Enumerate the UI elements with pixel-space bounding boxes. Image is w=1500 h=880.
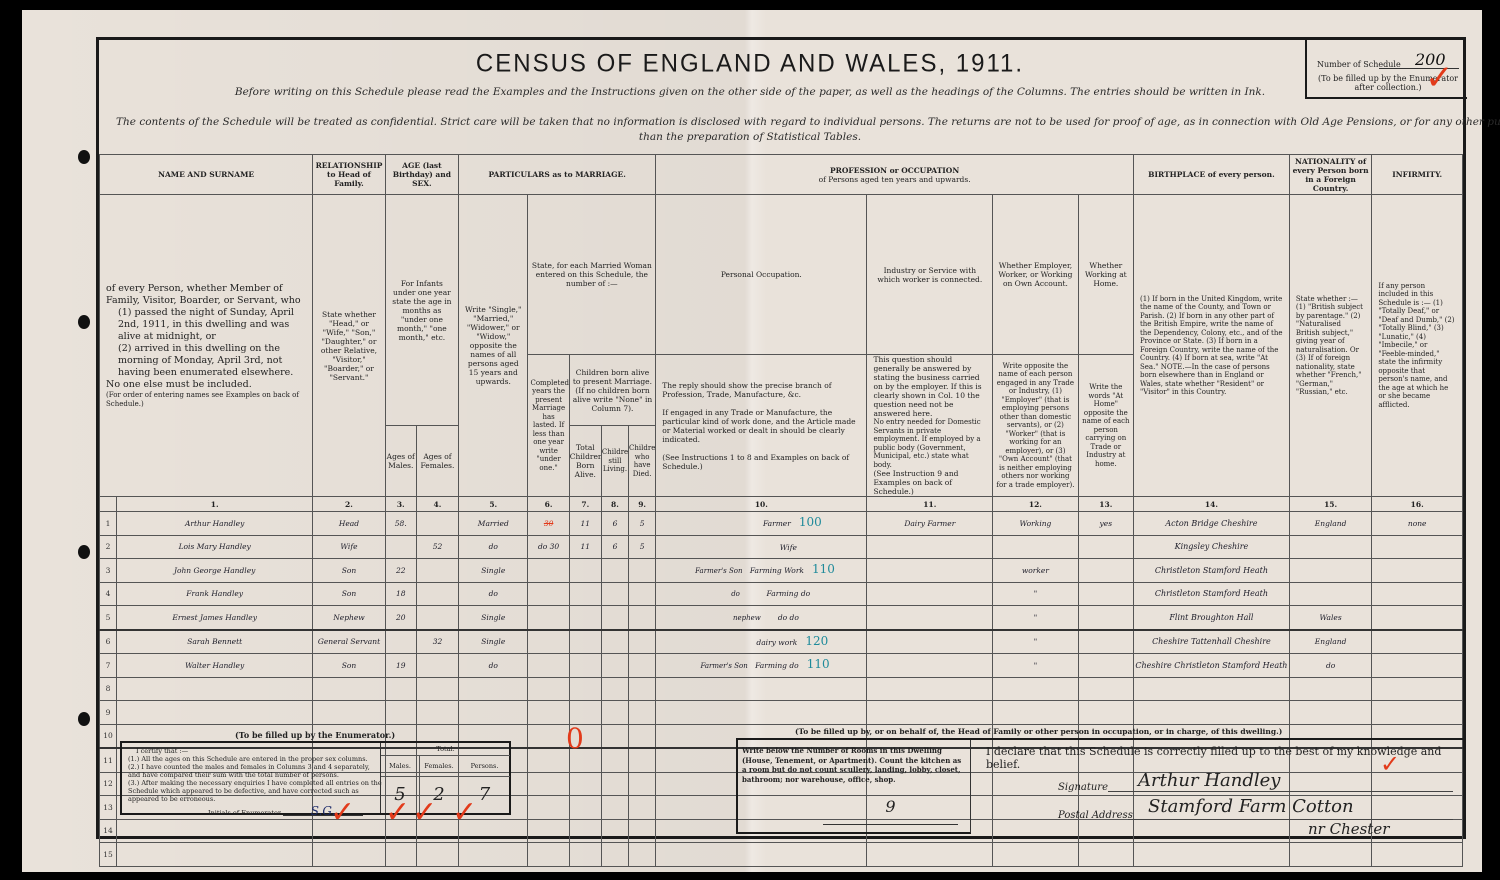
column-number-row: 1. 2. 3. 4. 5. 6. 7. 8. 9. 10. 11. 12. 1… (100, 497, 1463, 512)
industry-header: Industry or Service with which worker is… (867, 195, 993, 355)
years-married-instructions: Completed years the present Marriage has… (528, 355, 569, 497)
children-born-cell (569, 701, 601, 725)
working-at-home-cell (1078, 677, 1133, 701)
row-number-cell: 9 (100, 701, 117, 725)
occupation-text: Farming do (755, 661, 799, 670)
punch-hole (78, 712, 90, 726)
industry-cell (867, 630, 993, 654)
children-born-cell (569, 677, 601, 701)
marital-condition-cell (459, 701, 528, 725)
occupation-text: Farmer (763, 519, 791, 528)
row-number-cell: 1 (100, 512, 117, 536)
address-label: Postal Address (1058, 810, 1133, 821)
person-name-cell (117, 819, 313, 843)
header-description-row: of every Person, whether Member of Famil… (100, 195, 1463, 355)
punch-hole (78, 150, 90, 164)
punch-hole (78, 315, 90, 329)
children-living-cell (601, 582, 628, 606)
age-female-cell (416, 701, 458, 725)
infirmity-cell: none (1372, 512, 1463, 536)
years-married-cell (528, 582, 569, 606)
table-row: 1Arthur HandleyHead58.Married301165Farme… (100, 512, 1463, 536)
marital-condition-cell (459, 677, 528, 701)
age-male-cell (385, 535, 416, 559)
relationship-instructions: State whether "Head," or "Wife," "Son," … (313, 195, 385, 497)
instruction-line: Before writing on this Schedule please r… (0, 86, 1500, 98)
occupation-note: do (705, 590, 767, 599)
personal-occupation-cell: dairy work120 (656, 630, 867, 654)
years-married-cell (528, 772, 569, 796)
red-checkmark-icon: ✓ (1425, 58, 1454, 98)
rooms-count: 9 (823, 802, 958, 825)
working-at-home-cell (1078, 701, 1133, 725)
red-checkmark-icon: ✓ (412, 795, 437, 830)
address-line-1: Stamford Farm Cotton (1128, 796, 1453, 820)
person-name-cell: Ernest James Handley (117, 606, 313, 630)
relationship-cell: General Servant (313, 630, 385, 654)
birthplace-cell (1133, 843, 1289, 867)
confidential-line-2: than the preparation of Statistical Tabl… (0, 131, 1500, 143)
nationality-cell (1289, 535, 1371, 559)
address-line-2: nr Chester (1308, 820, 1389, 838)
relationship-cell: Son (313, 654, 385, 678)
children-living-cell (601, 748, 628, 772)
occupation-note: Farmer's Son (693, 662, 755, 671)
age-male-cell (385, 843, 416, 867)
nationality-cell: England (1289, 512, 1371, 536)
birthplace-cell: Cheshire Tattenhall Cheshire (1133, 630, 1289, 654)
age-female-cell (416, 654, 458, 678)
children-born-cell: 11 (569, 512, 601, 536)
industry-cell (867, 606, 993, 630)
nationality-cell (1289, 701, 1371, 725)
children-died-cell: 5 (629, 535, 656, 559)
age-instructions: For Infants under one year state the age… (385, 195, 458, 426)
head-section-title: (To be filled up by, or on behalf of, th… (795, 727, 1282, 736)
children-living-cell (601, 630, 628, 654)
children-living-cell (601, 677, 628, 701)
personal-occupation-cell: Wife (656, 535, 867, 559)
working-at-home-cell (1078, 582, 1133, 606)
employer-header: Whether Employer, Worker, or Working on … (993, 195, 1078, 355)
children-died-cell (629, 796, 656, 820)
col-header-relationship: RELATIONSHIP to Head of Family. (313, 155, 385, 195)
birthplace-cell: Christleton Stamford Heath (1133, 559, 1289, 583)
table-row: 4Frank HandleySon18dodoFarming do"Christ… (100, 582, 1463, 606)
occupation-code: 110 (812, 562, 835, 576)
age-female-cell: 32 (416, 630, 458, 654)
employer-status-cell: " (993, 606, 1078, 630)
marital-condition-cell: do (459, 582, 528, 606)
relationship-cell: Son (313, 559, 385, 583)
total-children-header: Total Children Born Alive. (569, 426, 601, 497)
years-married-cell (528, 701, 569, 725)
person-name-cell (117, 843, 313, 867)
employer-status-cell (993, 701, 1078, 725)
row-number-cell: 8 (100, 677, 117, 701)
personal-occupation-cell: Farmer's SonFarming Work110 (656, 559, 867, 583)
personal-occupation-instructions: The reply should show the precise branch… (656, 355, 867, 497)
personal-occupation-cell: Farmer's SonFarming do110 (656, 654, 867, 678)
relationship-cell: Head (313, 512, 385, 536)
employer-status-cell: " (993, 654, 1078, 678)
personal-occupation-header: Personal Occupation. (656, 195, 867, 355)
schedule-number-box: Number of Schedule 200 (To be filled up … (1305, 38, 1467, 99)
industry-cell (867, 677, 993, 701)
col-header-birthplace: BIRTHPLACE of every person. (1133, 155, 1289, 195)
years-married-cell (528, 559, 569, 583)
children-living-cell (601, 701, 628, 725)
industry-cell (867, 843, 993, 867)
col-header-marriage: PARTICULARS as to MARRIAGE. (459, 155, 656, 195)
marital-condition-cell (459, 843, 528, 867)
employer-status-cell: worker (993, 559, 1078, 583)
birthplace-instructions: (1) If born in the United Kingdom, write… (1133, 195, 1289, 497)
children-died-cell (629, 724, 656, 748)
children-died-cell (629, 606, 656, 630)
occupation-code: 110 (807, 657, 830, 671)
years-married-cell (528, 654, 569, 678)
infirmity-cell (1372, 630, 1463, 654)
red-checkmark-icon: ✓ (452, 795, 477, 830)
row-number-cell: 15 (100, 843, 117, 867)
row-number-cell: 3 (100, 559, 117, 583)
employer-status-cell (993, 535, 1078, 559)
person-name-cell (117, 677, 313, 701)
rooms-box: Write below the Number of Rooms in this … (736, 738, 971, 834)
marital-condition-cell: do (459, 535, 528, 559)
nationality-instructions: State whether :— (1) "British subject by… (1289, 195, 1371, 497)
occupation-text: dairy work (756, 638, 797, 647)
employer-status-cell: " (993, 630, 1078, 654)
infirmity-cell (1372, 559, 1463, 583)
row-number-cell: 2 (100, 535, 117, 559)
years-married-cell (528, 677, 569, 701)
occupation-note: Farmer's Son (688, 567, 750, 576)
infirmity-cell (1372, 701, 1463, 725)
birthplace-cell (1133, 677, 1289, 701)
signature-label: Signature (1058, 782, 1108, 793)
children-born-cell (569, 654, 601, 678)
nationality-cell: England (1289, 630, 1371, 654)
row-number-cell: 7 (100, 654, 117, 678)
children-died-cell (629, 772, 656, 796)
employer-status-cell: Working (993, 512, 1078, 536)
birthplace-cell: Flint Broughton Hall (1133, 606, 1289, 630)
working-at-home-cell (1078, 559, 1133, 583)
children-born-cell (569, 582, 601, 606)
children-died-cell (629, 748, 656, 772)
years-married-cell (528, 630, 569, 654)
children-died-cell (629, 677, 656, 701)
confidential-line: The contents of the Schedule will be tre… (116, 116, 1500, 128)
industry-cell (867, 582, 993, 606)
col-header-age: AGE (last Birthday) and SEX. (385, 155, 458, 195)
employer-status-cell (993, 843, 1078, 867)
infirmity-cell (1372, 535, 1463, 559)
children-born-cell (569, 559, 601, 583)
industry-cell (867, 559, 993, 583)
children-born-cell: 11 (569, 535, 601, 559)
children-born-cell (569, 606, 601, 630)
red-checkmark-icon: ✓ (1380, 750, 1400, 778)
table-row: 5Ernest James HandleyNephew20Singlenephe… (100, 606, 1463, 630)
years-married-cell (528, 819, 569, 843)
infirmity-cell (1372, 677, 1463, 701)
children-born-cell (569, 819, 601, 843)
children-living-cell (601, 796, 628, 820)
person-name-cell: Sarah Bennett (117, 630, 313, 654)
children-born-cell (569, 796, 601, 820)
children-living-cell (601, 772, 628, 796)
years-married-cell (528, 606, 569, 630)
age-male-cell (385, 701, 416, 725)
children-born-cell (569, 843, 601, 867)
industry-cell: Dairy Farmer (867, 512, 993, 536)
children-living-cell (601, 843, 628, 867)
personal-occupation-cell (656, 843, 867, 867)
age-male-cell (385, 630, 416, 654)
children-living-cell (601, 606, 628, 630)
age-female-cell (416, 606, 458, 630)
nationality-cell (1289, 677, 1371, 701)
birthplace-cell: Christleton Stamford Heath (1133, 582, 1289, 606)
infirmity-cell (1372, 606, 1463, 630)
age-male-cell: 19 (385, 654, 416, 678)
home-instructions: Write the words "At Home" opposite the n… (1078, 355, 1133, 497)
ages-of-females-header: Ages of Females. (416, 426, 458, 497)
children-died-cell (629, 819, 656, 843)
working-at-home-cell (1078, 606, 1133, 630)
years-married-cell: do 30 (528, 535, 569, 559)
relationship-cell (313, 677, 385, 701)
employer-status-cell (993, 677, 1078, 701)
personal-occupation-cell: doFarming do (656, 582, 867, 606)
occupation-text: Wife (780, 543, 797, 552)
infirmity-instructions: If any person included in this Schedule … (1372, 195, 1463, 497)
infirmity-cell (1372, 582, 1463, 606)
marital-condition-cell: Married (459, 512, 528, 536)
industry-instructions: This question should generally be answer… (867, 355, 993, 497)
row-number-cell: 14 (100, 819, 117, 843)
enumerator-section-title: (To be filled up by the Enumerator.) (235, 730, 395, 740)
personal-occupation-cell (656, 701, 867, 725)
row-number-cell: 5 (100, 606, 117, 630)
working-at-home-cell (1078, 535, 1133, 559)
punch-hole (78, 545, 90, 559)
table-row: 3John George HandleySon22SingleFarmer's … (100, 559, 1463, 583)
row-number-cell: 10 (100, 724, 117, 748)
row-number-cell: 12 (100, 772, 117, 796)
person-name-cell: Walter Handley (117, 654, 313, 678)
age-male-cell: 20 (385, 606, 416, 630)
marital-condition-cell: Single (459, 630, 528, 654)
age-female-cell (416, 843, 458, 867)
children-died-cell: 5 (629, 512, 656, 536)
home-header: Whether Working at Home. (1078, 195, 1133, 355)
nationality-cell (1289, 843, 1371, 867)
rooms-instruction: Write below the Number of Rooms in this … (738, 740, 970, 784)
birthplace-cell: Cheshire Christleton Stamford Heath (1133, 654, 1289, 678)
children-living-cell: 6 (601, 535, 628, 559)
children-living-header: Children still Living. (601, 426, 628, 497)
ages-of-males-header: Ages of Males. (385, 426, 416, 497)
nationality-cell: Wales (1289, 606, 1371, 630)
married-woman-instructions: State, for each Married Woman entered on… (528, 195, 656, 355)
name-instructions: of every Person, whether Member of Famil… (100, 195, 313, 497)
personal-occupation-cell: nephewdo do (656, 606, 867, 630)
col-header-name: NAME AND SURNAME (100, 155, 313, 195)
red-checkmark-icon: ✓ (330, 795, 355, 830)
table-row: 15 (100, 843, 1463, 867)
employer-instructions: Write opposite the name of each person e… (993, 355, 1078, 497)
nationality-cell (1289, 559, 1371, 583)
age-female-cell (416, 512, 458, 536)
years-married-cell (528, 843, 569, 867)
children-living-cell (601, 654, 628, 678)
children-died-cell (629, 630, 656, 654)
birthplace-cell: Acton Bridge Cheshire (1133, 512, 1289, 536)
person-name-cell: Arthur Handley (117, 512, 313, 536)
marital-condition-cell: do (459, 654, 528, 678)
age-female-cell (416, 582, 458, 606)
table-row: 9 (100, 701, 1463, 725)
person-name-cell: John George Handley (117, 559, 313, 583)
relationship-cell: Wife (313, 535, 385, 559)
red-pencil-mark: 0 (566, 722, 584, 755)
declaration-box: I declare that this Schedule is correctl… (968, 738, 1464, 832)
row-number-cell: 6 (100, 630, 117, 654)
children-born-cell (569, 772, 601, 796)
signature-value: Arthur Handley (1108, 770, 1453, 792)
occupation-text: do do (778, 613, 799, 622)
years-married-cell (528, 724, 569, 748)
years-married-cell (528, 796, 569, 820)
condition-instructions: Write "Single," "Married," "Widower," or… (459, 195, 528, 497)
person-name-cell (117, 701, 313, 725)
occupation-code: 100 (799, 515, 822, 529)
age-female-cell (416, 559, 458, 583)
working-at-home-cell (1078, 630, 1133, 654)
table-row: 8 (100, 677, 1463, 701)
children-died-cell (629, 582, 656, 606)
children-instructions: Children born alive to present Marriage.… (569, 355, 656, 426)
relationship-cell (313, 843, 385, 867)
years-married-cell (528, 748, 569, 772)
years-married-cell: 30 (528, 512, 569, 536)
age-female-cell (416, 677, 458, 701)
age-male-cell: 18 (385, 582, 416, 606)
industry-cell (867, 535, 993, 559)
children-died-cell (629, 843, 656, 867)
relationship-cell (313, 701, 385, 725)
col-header-nationality: NATIONALITY of every Person born in a Fo… (1289, 155, 1371, 195)
occupation-text: Farming Work (750, 566, 804, 575)
birthplace-cell (1133, 701, 1289, 725)
working-at-home-cell (1078, 843, 1133, 867)
table-row: 6Sarah BennettGeneral Servant32Singledai… (100, 630, 1463, 654)
age-male-cell (385, 677, 416, 701)
col-header-occupation: PROFESSION or OCCUPATIONof Persons aged … (656, 155, 1134, 195)
children-living-cell (601, 819, 628, 843)
person-name-cell: Frank Handley (117, 582, 313, 606)
person-name-cell: Lois Mary Handley (117, 535, 313, 559)
children-living-cell (601, 559, 628, 583)
industry-cell (867, 654, 993, 678)
personal-occupation-cell (656, 677, 867, 701)
occupation-text: Farming do (767, 589, 811, 598)
children-died-header: Children who have Died. (629, 426, 656, 497)
page-title: CENSUS OF ENGLAND AND WALES, 1911. (0, 49, 1500, 78)
relationship-cell: Nephew (313, 606, 385, 630)
working-at-home-cell: yes (1078, 512, 1133, 536)
birthplace-cell: Kingsley Cheshire (1133, 535, 1289, 559)
nationality-cell: do (1289, 654, 1371, 678)
children-living-cell: 6 (601, 512, 628, 536)
infirmity-cell (1372, 843, 1463, 867)
relationship-cell: Son (313, 582, 385, 606)
children-died-cell (629, 654, 656, 678)
row-number-cell: 13 (100, 796, 117, 820)
occupation-code: 120 (805, 634, 828, 648)
industry-cell (867, 701, 993, 725)
employer-status-cell: " (993, 582, 1078, 606)
marital-condition-cell: Single (459, 606, 528, 630)
children-living-cell (601, 724, 628, 748)
table-row: 2Lois Mary HandleyWife52dodo 301165WifeK… (100, 535, 1463, 559)
children-died-cell (629, 701, 656, 725)
children-born-cell (569, 630, 601, 654)
age-male-cell: 22 (385, 559, 416, 583)
children-died-cell (629, 559, 656, 583)
row-number-cell: 4 (100, 582, 117, 606)
header-row: NAME AND SURNAME RELATIONSHIP to Head of… (100, 155, 1463, 195)
table-row: 7Walter HandleySon19doFarmer's SonFarmin… (100, 654, 1463, 678)
nationality-cell (1289, 582, 1371, 606)
infirmity-cell (1372, 654, 1463, 678)
working-at-home-cell (1078, 654, 1133, 678)
col-header-infirmity: INFIRMITY. (1372, 155, 1463, 195)
personal-occupation-cell: Farmer100 (656, 512, 867, 536)
age-female-cell: 52 (416, 535, 458, 559)
marital-condition-cell: Single (459, 559, 528, 583)
age-male-cell: 58. (385, 512, 416, 536)
occupation-note: nephew (716, 614, 778, 623)
red-checkmark-icon: ✓ (385, 795, 410, 830)
row-number-cell: 11 (100, 748, 117, 772)
